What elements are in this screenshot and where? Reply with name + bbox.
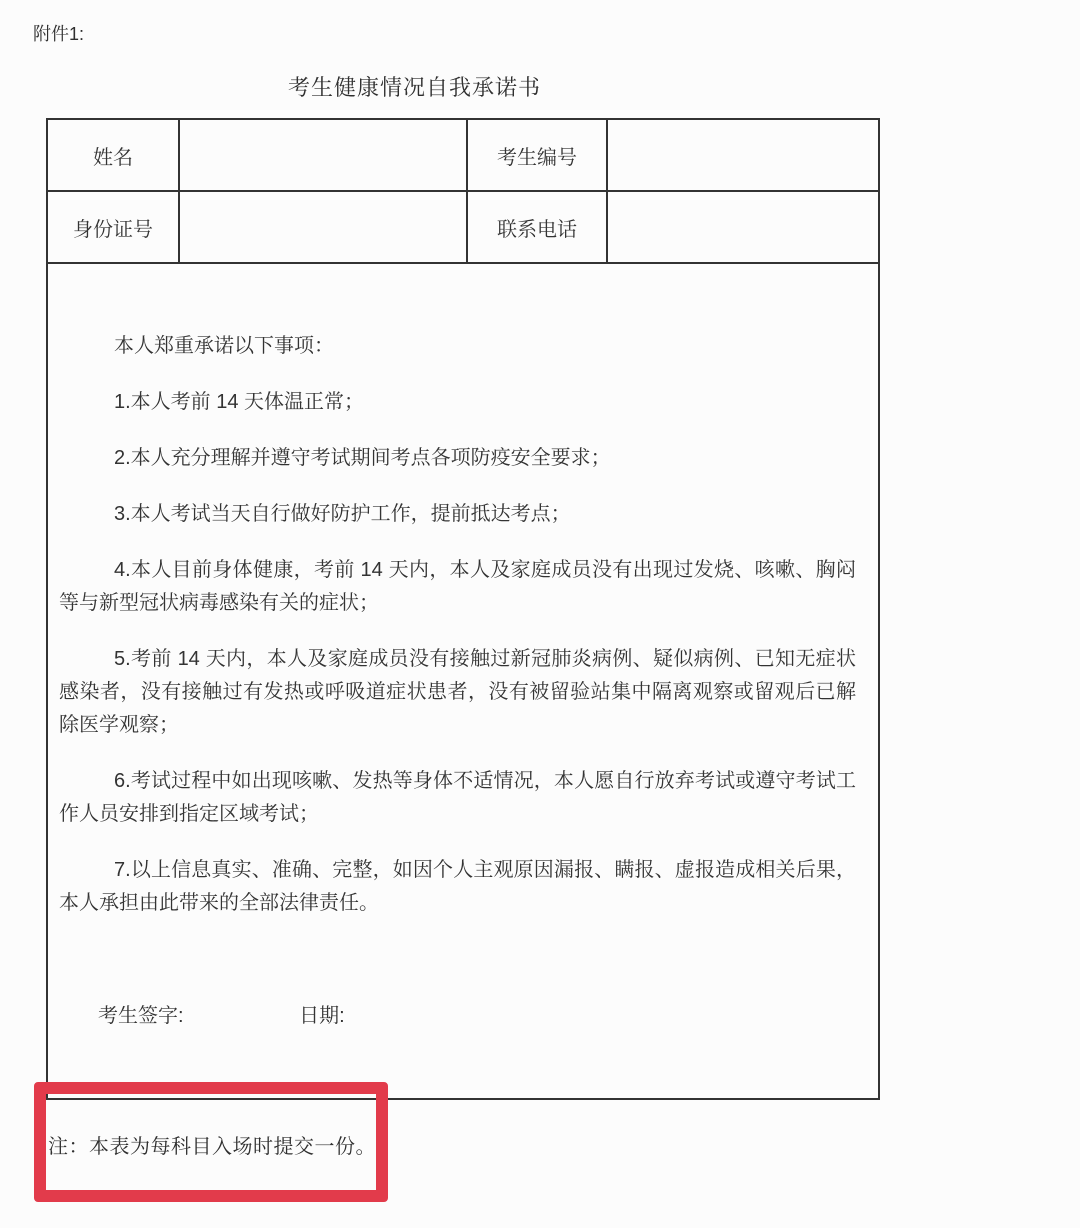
id-number-field-value [179,191,467,263]
signature-row: 考生签字: 日期: [59,999,856,1028]
date-label: 日期: [299,1005,345,1027]
phone-field-label: 联系电话 [467,191,607,263]
table-row: 本人郑重承诺以下事项： 1.本人考前 14 天体温正常； 2.本人充分理解并遵守… [47,263,879,1099]
commitment-item-1: 1.本人考前 14 天体温正常； [59,386,856,419]
name-field-value [179,119,467,191]
commitment-item-6: 6.考试过程中如出现咳嗽、发热等身体不适情况，本人愿自行放弃考试或遵守考试工作人… [59,765,856,831]
info-table: 姓名 考生编号 身份证号 联系电话 本人郑重承诺以下事项： 1.本人考前 14 … [46,118,880,1100]
table-row: 身份证号 联系电话 [47,191,879,263]
document-page: 附件1: 考生健康情况自我承诺书 姓名 考生编号 身份证号 联系电话 [0,0,1080,1228]
signature-label: 考生签字: [98,1005,184,1027]
document-title: 考生健康情况自我承诺书 [288,71,541,102]
table-row: 姓名 考生编号 [47,119,879,191]
name-field-label: 姓名 [47,119,179,191]
commitment-item-2: 2.本人充分理解并遵守考试期间考点各项防疫安全要求； [59,442,856,475]
commitment-body-cell: 本人郑重承诺以下事项： 1.本人考前 14 天体温正常； 2.本人充分理解并遵守… [47,263,879,1099]
commitment-item-4: 4.本人目前身体健康，考前 14 天内，本人及家庭成员没有出现过发烧、咳嗽、胸闷… [59,554,856,620]
candidate-number-field-label: 考生编号 [467,119,607,191]
note-text: 注：本表为每科目入场时提交一份。 [48,1130,376,1159]
attachment-label: 附件1: [33,20,84,46]
commitment-intro: 本人郑重承诺以下事项： [59,330,856,363]
phone-field-value [607,191,879,263]
commitment-item-5: 5.考前 14 天内，本人及家庭成员没有接触过新冠肺炎病例、疑似病例、已知无症状… [59,643,856,742]
candidate-number-field-value [607,119,879,191]
commitment-item-3: 3.本人考试当天自行做好防护工作，提前抵达考点； [59,498,856,531]
id-number-field-label: 身份证号 [47,191,179,263]
commitment-item-7: 7.以上信息真实、准确、完整，如因个人主观原因漏报、瞒报、虚报造成相关后果，本人… [59,854,856,920]
